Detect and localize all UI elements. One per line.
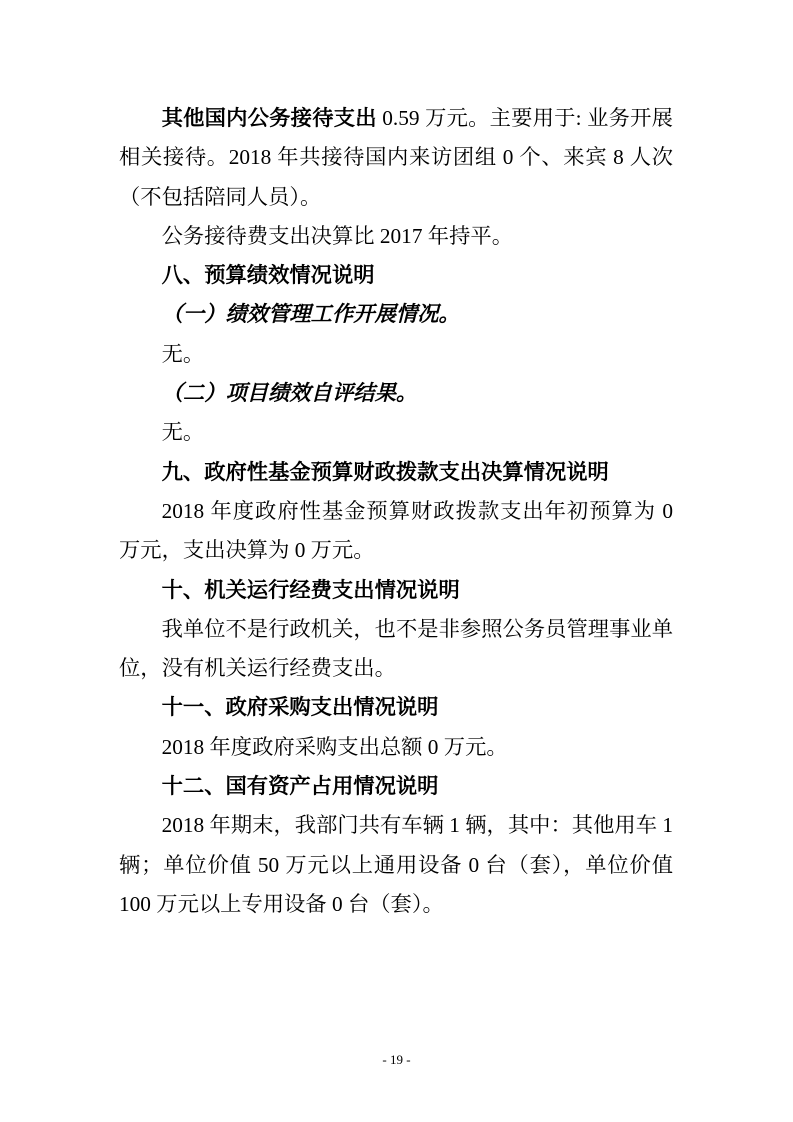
paragraph-bold-lead: 其他国内公务接待支出 xyxy=(162,106,377,130)
document-body: 其他国内公务接待支出 0.59 万元。主要用于: 业务开展相关接待。2018 年… xyxy=(119,99,673,924)
paragraph-state-assets-detail: 2018 年期末，我部门共有车辆 1 辆，其中：其他用车 1 辆；单位价值 50… xyxy=(119,806,673,924)
document-page: 其他国内公务接待支出 0.59 万元。主要用于: 业务开展相关接待。2018 年… xyxy=(0,0,793,1122)
heading-section-10-operating-expenses: 十、机关运行经费支出情况说明 xyxy=(119,571,673,610)
heading-section-11-procurement: 十一、政府采购支出情况说明 xyxy=(119,688,673,727)
paragraph-reception-vs-2017: 公务接待费支出决算比 2017 年持平。 xyxy=(119,217,673,256)
paragraph-procurement-detail: 2018 年度政府采购支出总额 0 万元。 xyxy=(119,728,673,767)
paragraph-government-fund-detail: 2018 年度政府性基金预算财政拨款支出年初预算为 0 万元，支出决算为 0 万… xyxy=(119,492,673,571)
heading-section-12-state-assets: 十二、国有资产占用情况说明 xyxy=(119,767,673,806)
subheading-project-self-evaluation: （二）项目绩效自评结果。 xyxy=(119,374,673,413)
paragraph-none-1: 无。 xyxy=(119,335,673,374)
subheading-performance-management: （一）绩效管理工作开展情况。 xyxy=(119,295,673,334)
heading-section-9-government-fund: 九、政府性基金预算财政拨款支出决算情况说明 xyxy=(119,453,673,492)
paragraph-other-domestic-reception: 其他国内公务接待支出 0.59 万元。主要用于: 业务开展相关接待。2018 年… xyxy=(119,99,673,217)
paragraph-operating-expenses-detail: 我单位不是行政机关，也不是非参照公务员管理事业单位，没有机关运行经费支出。 xyxy=(119,610,673,689)
paragraph-none-2: 无。 xyxy=(119,413,673,452)
page-number: - 19 - xyxy=(0,1052,793,1068)
heading-section-8-budget-performance: 八、预算绩效情况说明 xyxy=(119,256,673,295)
